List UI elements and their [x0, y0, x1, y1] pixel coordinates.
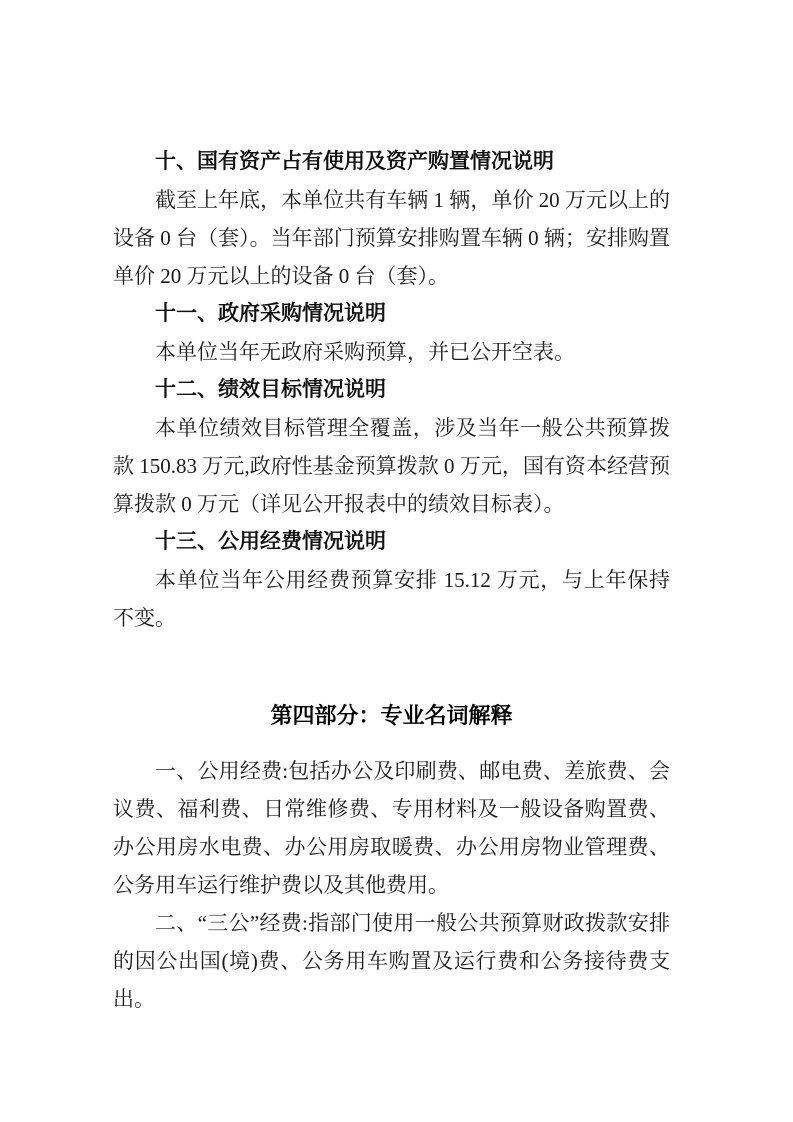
heading-gov-procurement: 十一、政府采购情况说明 [113, 295, 670, 333]
heading-state-assets: 十、国有资产占有使用及资产购置情况说明 [113, 143, 670, 181]
document-body: 十、国有资产占有使用及资产购置情况说明 截至上年底，本单位共有车辆 1 辆，单价… [113, 143, 670, 1018]
paragraph-term-three-public-expenses: 二、“三公”经费:指部门使用一般公共预算财政拨款安排的因公出国(境)费、公务用车… [113, 904, 670, 1018]
paragraph-public-funds: 本单位当年公用经费预算安排 15.12 万元，与上年保持不变。 [113, 561, 670, 637]
heading-public-funds: 十三、公用经费情况说明 [113, 523, 670, 561]
heading-performance-targets: 十二、绩效目标情况说明 [113, 371, 670, 409]
paragraph-gov-procurement: 本单位当年无政府采购预算，并已公开空表。 [113, 333, 670, 371]
paragraph-state-assets: 截至上年底，本单位共有车辆 1 辆，单价 20 万元以上的设备 0 台（套）。当… [113, 181, 670, 295]
document-page: 十、国有资产占有使用及资产购置情况说明 截至上年底，本单位共有车辆 1 辆，单价… [0, 0, 793, 1122]
part-four-title: 第四部分：专业名词解释 [113, 697, 670, 735]
paragraph-term-public-funds: 一、公用经费:包括办公及印刷费、邮电费、差旅费、会议费、福利费、日常维修费、专用… [113, 752, 670, 904]
paragraph-performance-targets: 本单位绩效目标管理全覆盖，涉及当年一般公共预算拨款 150.83 万元,政府性基… [113, 409, 670, 523]
